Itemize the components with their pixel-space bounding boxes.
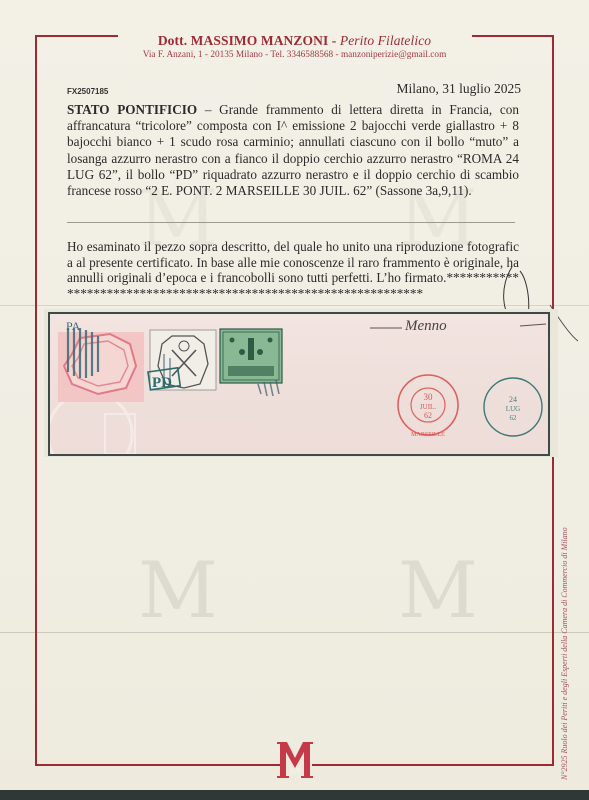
svg-text:JUIL.: JUIL. [420,403,436,411]
stamp-photo: PA Menno [48,312,550,456]
letterhead: Dott. MASSIMO MANZONI - Perito Filatelic… [0,33,589,60]
expert-statement: Ho esaminato il pezzo sopra descritto, d… [67,239,519,301]
svg-text:62: 62 [424,411,432,420]
section-divider [67,222,515,223]
photo-contents: PA Menno [50,314,548,454]
svg-text:LUG: LUG [506,405,520,413]
watermark-monogram: M [138,552,218,630]
certificate-description: STATO PONTIFICIO – Grande frammento di l… [67,102,519,199]
frame-left [35,35,37,766]
frame-bottom-right [312,764,554,766]
scan-edge [0,790,589,800]
expert-role: Perito Filatelico [340,33,431,48]
marseille-postmark: 30 JUIL. 62 MARSEILLE [393,370,463,440]
expert-address: Via F. Anzani, 1 - 20135 Milano - Tel. 3… [0,50,589,60]
roma-postmark: 24 LUG 62 [480,374,546,440]
expert-name-line: Dott. MASSIMO MANZONI - Perito Filatelic… [0,33,589,49]
paper-fold [0,632,589,633]
svg-text:30: 30 [424,392,434,402]
certificate-id: FX2507185 [67,87,108,96]
certificate-date: Milano, 31 luglio 2025 [397,81,522,97]
expert-name: Dott. MASSIMO MANZONI [158,33,328,48]
pd-cancel: PD [152,375,172,391]
watermark-monogram: M [398,552,478,630]
svg-text:62: 62 [510,414,518,422]
registry-note: N°2925 Ruolo dei Periti e degli Esperti … [560,527,569,780]
cancel-fragment: PA [66,319,81,333]
svg-text:24: 24 [509,395,517,404]
certificate-page: M M M M Dott. MASSIMO MANZONI - Perito F… [0,0,589,790]
monogram-logo [273,740,317,782]
subject-heading: STATO PONTIFICIO [67,102,197,117]
manuscript-note: Menno [404,318,447,334]
svg-text:MARSEILLE: MARSEILLE [411,432,445,438]
frame-bottom-left [35,764,281,766]
